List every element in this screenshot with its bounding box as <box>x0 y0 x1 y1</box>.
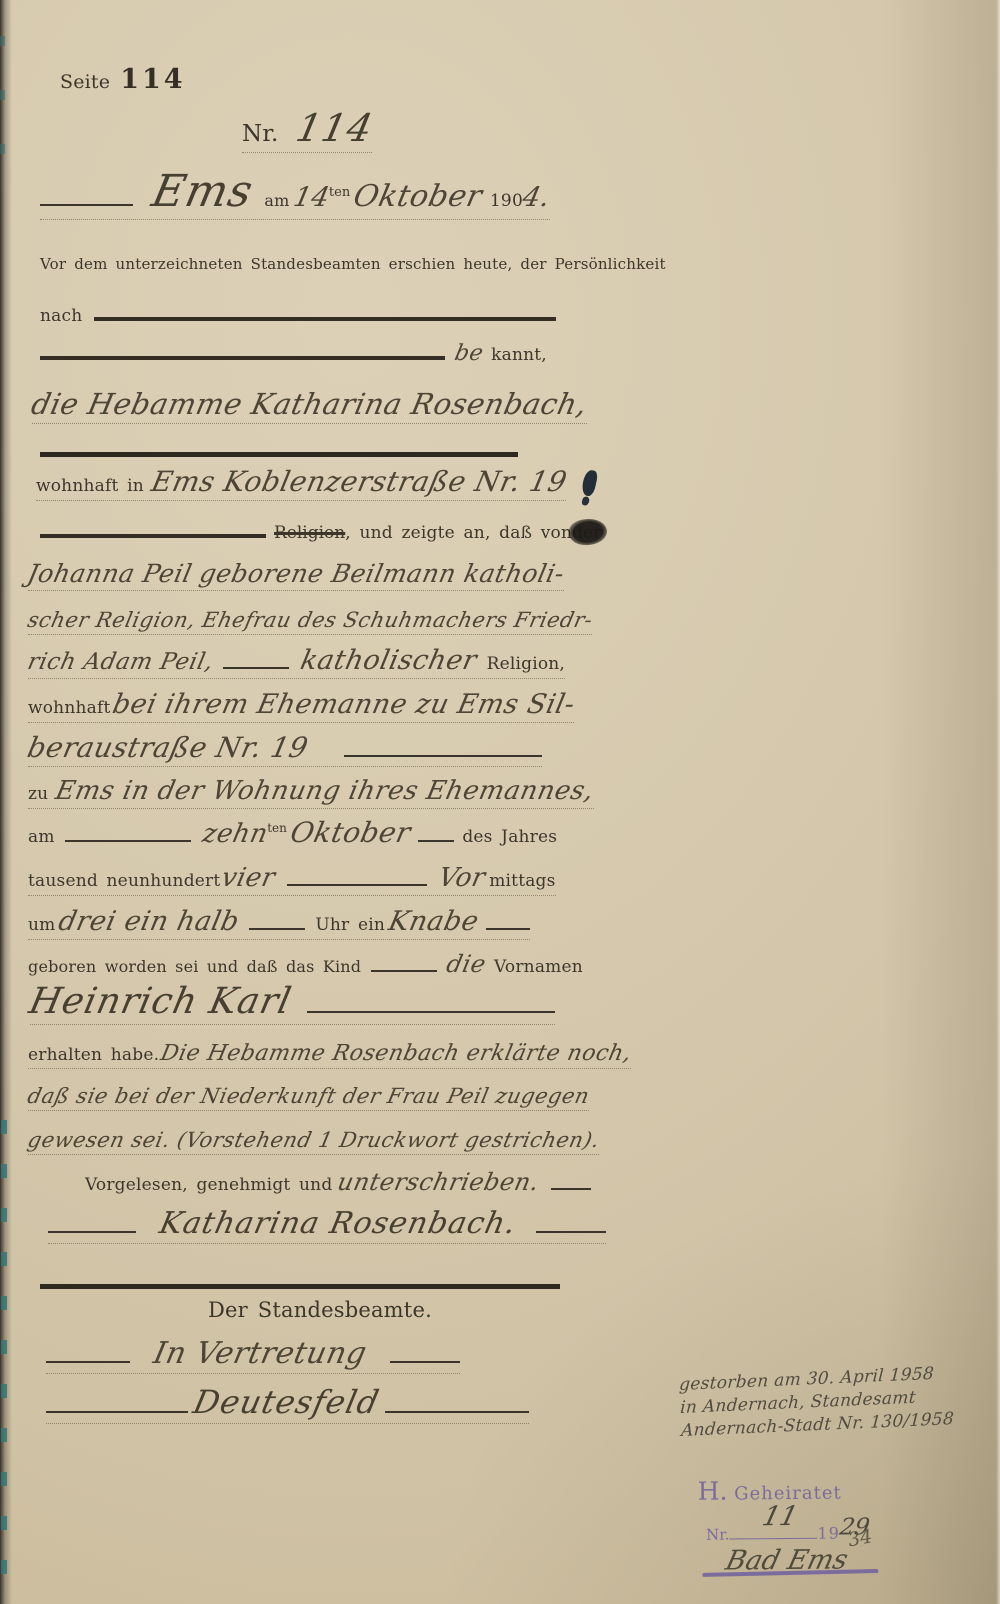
printed-label: 190 <box>490 191 523 211</box>
binding-edge-marks <box>1 1120 7 1604</box>
form-line: Heinrich Karl <box>30 981 555 1025</box>
spacer <box>239 929 249 930</box>
printed-label: wohnhaft <box>28 698 111 718</box>
spacer <box>483 359 491 360</box>
form-line: wohnhaft inEms Koblenzerstraße Nr. 19 <box>36 465 566 501</box>
spacer <box>477 668 487 669</box>
stamp-nr-value-handwritten: 11 <box>760 1501 802 1532</box>
spacer <box>454 841 462 842</box>
stamp-title-initial: H. <box>698 1477 728 1506</box>
form-line: nach <box>40 306 556 326</box>
printed-label: , und zeigte an, daß von <box>345 523 572 543</box>
stamp-year-prefix: 19 <box>817 1524 840 1543</box>
blank-rule-thick <box>40 353 445 360</box>
blank-rule-heavy <box>40 448 518 457</box>
blank-rule <box>390 1358 460 1363</box>
blank-rule <box>307 1008 555 1013</box>
printed-label: nach <box>40 306 82 326</box>
handwritten-entry: vier <box>219 863 278 893</box>
spacer <box>308 756 344 757</box>
form-line: Johanna Peil geborene Beilmann katholi- <box>28 559 564 591</box>
printed-label: Seite <box>60 71 110 93</box>
page-number: 114 <box>120 64 185 95</box>
binding-edge-marks-top <box>0 36 5 176</box>
handwritten-entry: In Vertretung <box>150 1336 370 1371</box>
form-line <box>40 448 518 457</box>
handwritten-entry: Knabe <box>386 906 482 937</box>
printed-label: Vorgelesen, genehmigt und <box>85 1175 332 1195</box>
blank-rule <box>46 1408 188 1413</box>
handwritten-entry: zehn <box>199 819 270 849</box>
handwritten-entry: die Hebamme Katharina Rosenbach, <box>28 387 590 421</box>
printed-label: mittags <box>489 871 555 891</box>
spacer <box>410 841 418 842</box>
handwritten-entry-large: Deutesfeld <box>190 1383 383 1421</box>
handwritten-entry: Die Hebamme Rosenbach erklärte noch, <box>159 1041 634 1066</box>
spacer <box>110 87 120 88</box>
form-line: Nr.114 <box>242 106 372 153</box>
spacer <box>266 537 274 538</box>
printed-label: erhalten habe. <box>28 1045 159 1065</box>
stamp-number-row: Nr. 11 19 29 34 <box>706 1518 878 1546</box>
marriage-stamp: H. Geheiratet Nr. 11 19 29 34 Bad Ems <box>698 1475 879 1576</box>
death-annotation: gestorben am 30. April 1958 in Andernach… <box>679 1362 955 1443</box>
handwritten-entry: beraustraße Nr. 19 <box>24 731 311 764</box>
printed-label: Uhr ein <box>315 915 385 935</box>
blank-rule <box>46 1358 130 1363</box>
handwritten-entry: Oktober <box>287 816 413 849</box>
form-line: Vor dem unterzeichneten Standesbeamten e… <box>40 255 666 273</box>
printed-label: geboren worden sei und daß das Kind <box>28 957 361 976</box>
ink-blot <box>580 469 598 497</box>
struck-printed-word: Religion <box>274 523 345 543</box>
stamp-nr-blank: 11 <box>730 1535 818 1540</box>
handwritten-entry: bei ihrem Ehemanne zu Ems Sil- <box>109 689 577 720</box>
blank-rule-thick <box>94 314 556 321</box>
handwritten-entry: 14 <box>290 182 332 213</box>
handwritten-entry: daß sie bei der Niederkunft der Frau Pei… <box>25 1084 591 1108</box>
form-line: zuEms in der Wohnung ihres Ehemannes, <box>28 776 594 809</box>
blank-rule <box>551 1185 591 1190</box>
blank-rule <box>287 881 427 886</box>
printed-label: kannt, <box>491 345 547 365</box>
form-line: Deutesfeld <box>46 1383 529 1424</box>
blank-rule <box>249 925 305 930</box>
printed-label: am <box>28 827 55 847</box>
blank-rule-thick <box>40 531 266 538</box>
handwritten-entry: die <box>444 950 489 978</box>
blank-rule <box>371 967 437 972</box>
form-line: die Hebamme Katharina Rosenbach, <box>32 387 587 424</box>
handwritten-entry: be <box>452 341 485 366</box>
blank-rule-heavy <box>40 1280 560 1289</box>
printed-label: tausend neunhundert <box>28 871 220 891</box>
form-line: wohnhaftbei ihrem Ehemanne zu Ems Sil- <box>28 689 574 723</box>
spacer <box>478 929 486 930</box>
handwritten-entry-large: Katharina Rosenbach. <box>156 1206 520 1241</box>
blank-rule <box>223 664 289 669</box>
handwritten-entry: Ems Koblenzerstraße Nr. 19 <box>148 465 570 498</box>
blank-rule <box>486 925 530 930</box>
form-line: erhalten habe.Die Hebamme Rosenbach erkl… <box>28 1041 631 1069</box>
handwritten-entry: Ems in der Wohnung ihres Ehemannes, <box>53 776 597 806</box>
form-line: Vorgelesen, genehmigt undunterschrieben. <box>85 1168 591 1196</box>
handwritten-entry: unterschrieben. <box>335 1168 542 1196</box>
blank-rule <box>536 1228 606 1233</box>
form-line: scher Religion, Ehefrau des Schuhmachers… <box>28 608 592 635</box>
handwritten-entry-large: Ems <box>148 166 258 217</box>
form-line: umdrei ein halbUhr einKnabe <box>28 906 530 940</box>
stamp-year-crossed-digits: 34 <box>846 1525 874 1551</box>
form-line: beraustraße Nr. 19 <box>28 731 542 767</box>
handwritten-entry: katholischer <box>298 645 480 676</box>
printed-label: wohnhaft in <box>36 476 144 496</box>
form-line: daß sie bei der Niederkunft der Frau Pei… <box>28 1084 589 1111</box>
printed-label: zu <box>28 784 48 804</box>
printed-label: um <box>28 915 55 935</box>
spacer <box>482 205 490 206</box>
printed-label: am <box>264 191 289 210</box>
spacer <box>55 841 65 842</box>
form-line: rich Adam Peil,katholischerReligion, <box>28 645 565 679</box>
handwritten-entry: Oktober <box>350 179 485 214</box>
spacer <box>252 205 264 206</box>
handwritten-entry-large: 114 <box>292 106 377 150</box>
overwritten-word: der <box>572 523 601 543</box>
spacer <box>486 971 494 972</box>
spacer <box>305 929 315 930</box>
printed-label: Vornamen <box>494 957 583 977</box>
form-line: Seite114 <box>60 64 186 95</box>
printed-superscript: ten <box>267 821 287 835</box>
blank-rule <box>344 752 542 757</box>
form-line: Emsam14tenOktober1904. <box>40 166 550 220</box>
form-line: geboren worden sei und daß das KinddieVo… <box>28 950 583 978</box>
form-line: Religion, und zeigte an, daß von der <box>40 523 601 543</box>
printed-label: Nr. <box>242 121 279 147</box>
form-line: Der Standesbeamte. <box>208 1298 432 1322</box>
stamp-nr-label: Nr. <box>706 1526 730 1544</box>
form-line: In Vertretung <box>46 1336 460 1374</box>
form-line <box>40 1280 560 1289</box>
handwritten-entry: Johanna Peil geborene Beilmann katholi- <box>25 559 567 588</box>
handwritten-entry-large: Heinrich Karl <box>26 981 296 1022</box>
spacer <box>275 885 287 886</box>
form-line: bekannt, <box>40 341 547 366</box>
spacer <box>136 1232 160 1233</box>
handwritten-entry: gewesen sei. (Vorstehend 1 Druckwort ges… <box>25 1128 602 1152</box>
blank-rule <box>418 837 454 842</box>
printed-label: des Jahres <box>462 827 557 847</box>
handwritten-entry: Vor <box>436 863 488 893</box>
handwritten-entry: 4. <box>520 182 553 213</box>
form-line: amzehntenOktoberdes Jahres <box>28 816 557 849</box>
form-line: Katharina Rosenbach. <box>48 1206 606 1244</box>
spacer <box>213 668 223 669</box>
printed-label: Vor dem unterzeichneten Standesbeamten e… <box>40 255 666 273</box>
blank-rule <box>65 837 191 842</box>
spacer <box>539 1189 551 1190</box>
spacer <box>361 971 371 972</box>
blank-rule <box>40 201 133 206</box>
printed-label: Der Standesbeamte. <box>208 1298 432 1322</box>
printed-label: Religion, <box>487 654 565 674</box>
spacer <box>366 1362 390 1363</box>
form-line: gewesen sei. (Vorstehend 1 Druckwort ges… <box>28 1128 599 1155</box>
spacer <box>130 1362 154 1363</box>
blank-rule <box>48 1228 136 1233</box>
scanned-birth-record: { "document_type": "Geburtsurkunde Stand… <box>0 0 1000 1604</box>
handwritten-entry: drei ein halb <box>56 906 242 937</box>
blank-rule <box>385 1408 529 1413</box>
handwritten-entry: scher Religion, Ehefrau des Schuhmachers… <box>25 608 594 632</box>
spacer <box>516 1232 536 1233</box>
printed-superscript: ten <box>329 185 350 200</box>
handwritten-entry: rich Adam Peil, <box>25 649 216 675</box>
form-line: tausend neunhundertvierVormittags <box>28 863 556 896</box>
spacer <box>291 1012 307 1013</box>
spacer <box>82 320 94 321</box>
